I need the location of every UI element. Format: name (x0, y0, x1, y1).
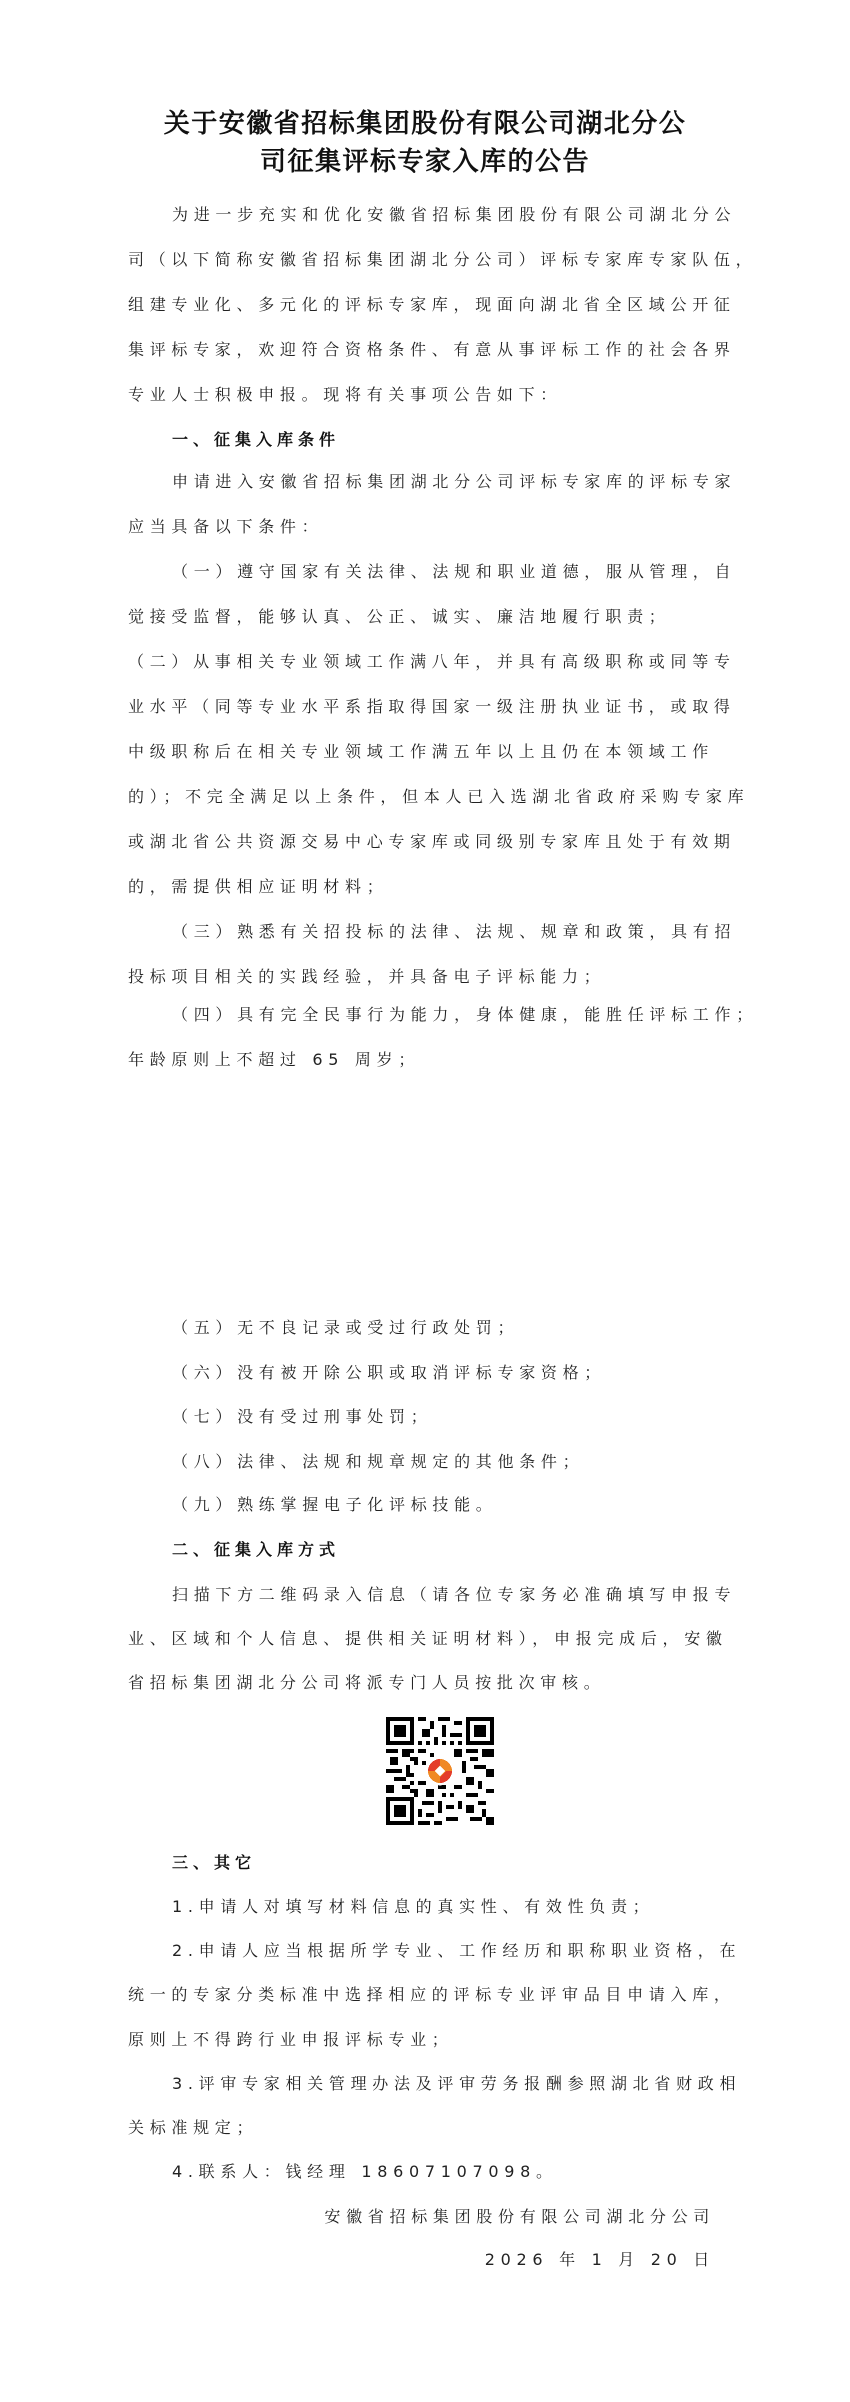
signature-date: 2026 年 1 月 20 日 (485, 2249, 715, 2271)
condition-item-3: （三）熟悉有关招投标的法律、法规、规章和政策，具有招 (172, 921, 772, 943)
intro-paragraph-line: 集评标专家，欢迎符合资格条件、有意从事评标工作的社会各界 (128, 339, 728, 361)
document-title-line-2: 司征集评标专家入库的公告 (0, 147, 850, 177)
other-item-4-contact: 4.联系人：钱经理 18607107098。 (172, 2161, 772, 2183)
section-heading-other: 三、其它 (172, 1852, 256, 1874)
condition-item-3-cont: 投标项目相关的实践经验，并具备电子评标能力； (128, 966, 728, 988)
section-heading-method: 二、征集入库方式 (172, 1539, 340, 1561)
section2-body-line: 省招标集团湖北分公司将派专门人员按批次审核。 (128, 1672, 728, 1694)
condition-item-2-cont: 中级职称后在相关专业领域工作满五年以上且仍在本领域工作 (128, 741, 728, 763)
intro-paragraph-line: 组建专业化、多元化的评标专家库，现面向湖北省全区域公开征 (128, 294, 728, 316)
condition-item-1: （一）遵守国家有关法律、法规和职业道德，服从管理，自 (172, 561, 772, 583)
section2-body-line: 扫描下方二维码录入信息（请各位专家务必准确填写申报专 (172, 1584, 772, 1606)
condition-item-6: （六）没有被开除公职或取消评标专家资格； (172, 1362, 772, 1384)
other-item-3: 3.评审专家相关管理办法及评审劳务报酬参照湖北省财政相 (172, 2073, 772, 2095)
condition-item-4-cont: 年龄原则上不超过 65 周岁； (128, 1049, 728, 1071)
condition-item-7: （七）没有受过刑事处罚； (172, 1406, 772, 1428)
condition-item-2-cont: 业水平（同等专业水平系指取得国家一级注册执业证书，或取得 (128, 696, 728, 718)
condition-item-8: （八）法律、法规和规章规定的其他条件； (172, 1451, 772, 1473)
condition-item-9: （九）熟练掌握电子化评标技能。 (172, 1494, 772, 1516)
other-item-3-cont: 关标准规定； (128, 2117, 728, 2139)
condition-item-2: （二）从事相关专业领域工作满八年，并具有高级职称或同等专 (128, 651, 728, 673)
section1-lead-line: 申请进入安徽省招标集团湖北分公司评标专家库的评标专家 (172, 471, 772, 493)
qr-code-icon[interactable] (386, 1717, 494, 1825)
condition-item-1-cont: 觉接受监督，能够认真、公正、诚实、廉洁地履行职责； (128, 606, 728, 628)
condition-item-2-cont: 的）；不完全满足以上条件，但本人已入选湖北省政府采购专家库 (128, 786, 728, 808)
other-item-2-cont: 统一的专家分类标准中选择相应的评标专业评审品目申请入库， (128, 1984, 728, 2006)
section-heading-conditions: 一、征集入库条件 (172, 429, 340, 451)
announcement-page: 关于安徽省招标集团股份有限公司湖北分公 司征集评标专家入库的公告 为进一步充实和… (0, 0, 850, 2402)
section2-body-line: 业、区域和个人信息、提供相关证明材料），申报完成后，安徽 (128, 1628, 728, 1650)
condition-item-5: （五）无不良记录或受过行政处罚； (172, 1317, 772, 1339)
condition-item-2-cont: 或湖北省公共资源交易中心专家库或同级别专家库且处于有效期 (128, 831, 728, 853)
other-item-2-cont: 原则上不得跨行业申报评标专业； (128, 2029, 728, 2051)
condition-item-4: （四）具有完全民事行为能力，身体健康，能胜任评标工作； (172, 1004, 772, 1026)
condition-item-2-cont: 的，需提供相应证明材料； (128, 876, 728, 898)
company-logo-icon (426, 1757, 455, 1786)
intro-paragraph-line: 为进一步充实和优化安徽省招标集团股份有限公司湖北分公 (172, 204, 772, 226)
section1-lead-line: 应当具备以下条件： (128, 516, 728, 538)
intro-paragraph-line: 专业人士积极申报。现将有关事项公告如下： (128, 384, 728, 406)
intro-paragraph-line: 司（以下简称安徽省招标集团湖北分公司）评标专家库专家队伍， (128, 249, 728, 271)
document-title-line-1: 关于安徽省招标集团股份有限公司湖北分公 (0, 109, 850, 139)
other-item-1: 1.申请人对填写材料信息的真实性、有效性负责； (172, 1896, 772, 1918)
signature-organization: 安徽省招标集团股份有限公司湖北分公司 (324, 2206, 715, 2228)
other-item-2: 2.申请人应当根据所学专业、工作经历和职称职业资格，在 (172, 1940, 772, 1962)
